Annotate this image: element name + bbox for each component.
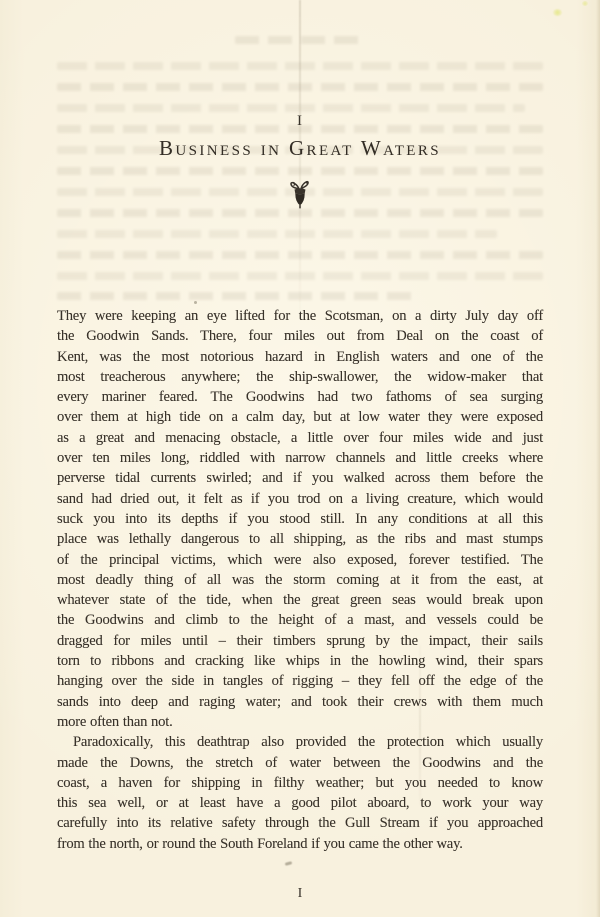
book-page: I Business in Great Waters They were kee… <box>0 0 600 917</box>
body-line: over ten miles long, riddled with narrow… <box>57 448 543 468</box>
body-line: of the principal victims, which were als… <box>57 550 543 570</box>
body-line: perverse tidal currents swirled; and if … <box>57 468 543 488</box>
body-line: the Goodwin Sands. There, four miles out… <box>57 326 543 346</box>
ink-speck <box>194 301 197 304</box>
body-line: place was lethally dangerous to all ship… <box>57 529 543 549</box>
page-number: I <box>0 886 600 902</box>
body-line: suck you into its depths if you stood st… <box>57 509 543 529</box>
body-line: over them at high tide on a calm day, bu… <box>57 407 543 427</box>
chapter-title: Business in Great Waters <box>0 136 600 161</box>
body-line: sand had dried out, it felt as if you tr… <box>57 489 543 509</box>
body-line: carefully into its relative safety throu… <box>57 813 543 833</box>
body-line: the Goodwins and climb to the height of … <box>57 610 543 630</box>
body-line: most deadly thing of all was the storm c… <box>57 570 543 590</box>
yellow-speck <box>553 9 562 16</box>
body-line: coast, a haven for shipping in filthy we… <box>57 773 543 793</box>
body-line: Paradoxically, this deathtrap also provi… <box>57 732 543 752</box>
body-line: every mariner feared. The Goodwins had t… <box>57 387 543 407</box>
acorn-fleuron-icon <box>0 177 600 216</box>
yellow-speck <box>582 1 588 6</box>
body-line: this sea well, or at least have a good p… <box>57 793 543 813</box>
body-line: more often than not. <box>57 712 543 732</box>
body-line: most treacherous anywhere; the ship-swal… <box>57 367 543 387</box>
body-line: hanging over the side in tangles of rigg… <box>57 671 543 691</box>
body-text: They were keeping an eye lifted for the … <box>57 306 543 854</box>
body-line: dragged for miles until – their timbers … <box>57 631 543 651</box>
body-line: from the north, or round the South Forel… <box>57 834 543 854</box>
body-line: made the Downs, the stretch of water bet… <box>57 753 543 773</box>
body-line: Kent, was the most notorious hazard in E… <box>57 347 543 367</box>
body-line: as a great and menacing obstacle, a litt… <box>57 428 543 448</box>
show-through-line <box>57 230 497 238</box>
body-line: sands into deep and raging water; and to… <box>57 692 543 712</box>
body-line: whatever state of the tide, when the gre… <box>57 590 543 610</box>
chapter-number: I <box>0 113 600 130</box>
show-through-line <box>57 104 525 112</box>
body-line: They were keeping an eye lifted for the … <box>57 306 543 326</box>
show-through-line <box>57 292 413 300</box>
body-line: torn to ribbons and cracking like whips … <box>57 651 543 671</box>
ink-speck <box>285 861 293 866</box>
